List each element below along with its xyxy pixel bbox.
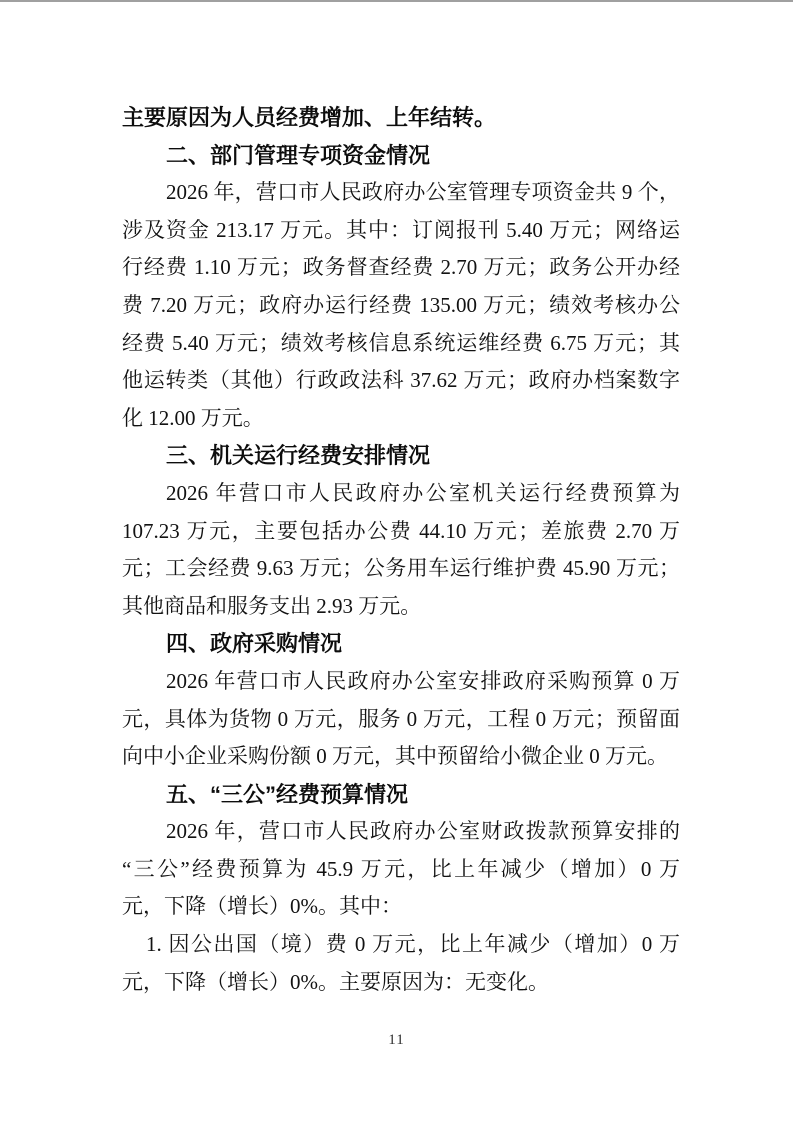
body-line: “三公”经费预算为 45.9 万元，比上年减少（增加）0 万 — [122, 851, 680, 889]
body-line: 行经费 1.10 万元；政务督查经费 2.70 万元；政务公开办经 — [122, 249, 680, 287]
emphasis-line: 主要原因为人员经费增加、上年结转。 — [122, 99, 680, 137]
body-line: 元，具体为货物 0 万元，服务 0 万元，工程 0 万元；预留面 — [122, 701, 680, 739]
body-line: 2026 年，营口市人民政府办公室管理专项资金共 9 个， — [122, 174, 680, 212]
body-line: 其他商品和服务支出 2.93 万元。 — [122, 588, 680, 626]
document-page: 主要原因为人员经费增加、上年结转。二、部门管理专项资金情况2026 年，营口市人… — [0, 0, 793, 1122]
body-line: 经费 5.40 万元；绩效考核信息系统运维经费 6.75 万元；其 — [122, 325, 680, 363]
section-heading: 三、机关运行经费安排情况 — [122, 437, 680, 475]
body-line: 他运转类（其他）行政政法科 37.62 万元；政府办档案数字 — [122, 362, 680, 400]
body-line: 1. 因公出国（境）费 0 万元，比上年减少（增加）0 万 — [122, 926, 680, 964]
body-line: 2026 年营口市人民政府办公室机关运行经费预算为 — [122, 475, 680, 513]
body-line: 化 12.00 万元。 — [122, 400, 680, 438]
section-heading: 四、政府采购情况 — [122, 625, 680, 663]
page-number: 11 — [388, 1032, 404, 1048]
body-line: 元，下降（增长）0%。其中： — [122, 888, 680, 926]
body-line: 向中小企业采购份额 0 万元，其中预留给小微企业 0 万元。 — [122, 738, 680, 776]
body-line: 费 7.20 万元；政府办运行经费 135.00 万元；绩效考核办公 — [122, 287, 680, 325]
body-line: 元，下降（增长）0%。主要原因为：无变化。 — [122, 964, 680, 1002]
section-heading: 二、部门管理专项资金情况 — [122, 137, 680, 175]
body-line: 元；工会经费 9.63 万元；公务用车运行维护费 45.90 万元； — [122, 550, 680, 588]
body-line: 2026 年营口市人民政府办公室安排政府采购预算 0 万 — [122, 663, 680, 701]
body-line: 2026 年，营口市人民政府办公室财政拨款预算安排的 — [122, 813, 680, 851]
page-footer: 11 — [0, 1031, 793, 1049]
document-body: 主要原因为人员经费增加、上年结转。二、部门管理专项资金情况2026 年，营口市人… — [122, 99, 680, 1001]
body-line: 107.23 万元，主要包括办公费 44.10 万元；差旅费 2.70 万 — [122, 513, 680, 551]
page-top-separator — [0, 0, 793, 2]
section-heading: 五、“三公”经费预算情况 — [122, 776, 680, 814]
body-line: 涉及资金 213.17 万元。其中：订阅报刊 5.40 万元；网络运 — [122, 212, 680, 250]
